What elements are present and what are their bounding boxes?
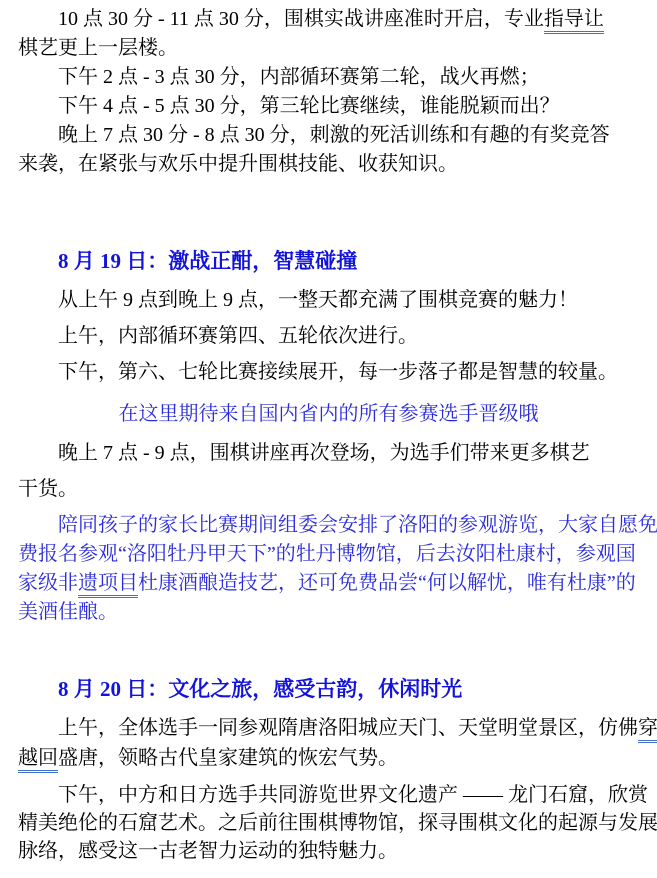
text-run: 从上午 9 点到晚上 9 点，一整天都充满了围棋竞赛的魅力！ (58, 289, 578, 311)
text-line: 干货。 (18, 471, 639, 507)
text-run: 费报名参观“洛阳牡丹甲天下”的牡丹博物馆，后去汝阳杜康村，参观国 (18, 543, 636, 565)
text-line: 上午，全体选手一同参观隋唐洛阳城应天门、天堂明堂景区，仿佛穿 (18, 713, 639, 743)
paragraph-day19-morning: 上午，内部循环赛第四、五轮依次进行。 (18, 318, 639, 354)
text-line: 8 月 20 日：文化之旅，感受古韵，休闲时光 (18, 674, 639, 704)
text-line: 棋艺更上一层楼。 (18, 34, 639, 63)
paragraph-day19-evening-lecture: 晚上 7 点 - 9 点，围棋讲座再次登场，为选手们带来更多棋艺 干货。 (18, 435, 639, 507)
text-run: 晚上 7 点 - 9 点，围棋讲座再次登场，为选手们带来更多棋艺 (58, 442, 590, 464)
text-run: 在这里期待来自国内省内的所有参赛选手晋级哦 (119, 403, 539, 425)
text-line: 晚上 7 点 30 分 - 8 点 30 分，刺激的死活训练和有趣的有奖竞答 (18, 121, 639, 150)
paragraph-day19-afternoon: 下午，第六、七轮比赛接续展开，每一步落子都是智慧的较量。 (18, 354, 639, 390)
heading-aug-20: 8 月 20 日：文化之旅，感受古韵，休闲时光 (18, 674, 639, 704)
paragraph-day19-parents-tour: 陪同孩子的家长比赛期间组委会安排了洛阳的参观游览，大家自愿免 费报名参观“洛阳牡… (18, 511, 639, 627)
paragraph-schedule-evening: 晚上 7 点 30 分 - 8 点 30 分，刺激的死活训练和有趣的有奖竞答 来… (18, 121, 639, 179)
heading-aug-19: 8 月 19 日：激战正酣，智慧碰撞 (18, 246, 639, 276)
text-line: 在这里期待来自国内省内的所有参赛选手晋级哦 (18, 396, 639, 432)
text-line: 上午，内部循环赛第四、五轮依次进行。 (18, 318, 639, 354)
text-run: 晚上 7 点 30 分 - 8 点 30 分，刺激的死活训练和有趣的有奖竞答 (58, 124, 610, 146)
text-run: 脉络，感受这一古老智力运动的独特魅力。 (18, 840, 398, 862)
paragraph-schedule-round2: 下午 2 点 - 3 点 30 分，内部循环赛第二轮，战火再燃； (18, 63, 639, 92)
paragraph-schedule-lecture: 10 点 30 分 - 11 点 30 分，围棋实战讲座准时开启，专业指导让 棋… (18, 5, 639, 63)
text-run: 陪同孩子的家长比赛期间组委会安排了洛阳的参观游览，大家自愿免 (58, 514, 657, 536)
text-run: 盛唐，领略古代皇家建筑的恢宏气势。 (58, 747, 398, 769)
text-run: 上午，全体选手一同参观隋唐洛阳城应天门、天堂明堂景区，仿佛 (58, 717, 638, 739)
text-line: 下午，第六、七轮比赛接续展开，每一步落子都是智慧的较量。 (18, 354, 639, 390)
text-line: 陪同孩子的家长比赛期间组委会安排了洛阳的参观游览，大家自愿免 (18, 511, 639, 540)
paragraph-day20-morning: 上午，全体选手一同参观隋唐洛阳城应天门、天堂明堂景区，仿佛穿 越回盛唐，领略古代… (18, 713, 639, 773)
heading-text: 8 月 20 日：文化之旅，感受古韵，休闲时光 (58, 677, 462, 701)
text-line: 来袭，在紧张与欢乐中提升围棋技能、收获知识。 (18, 150, 639, 179)
text-run: 来袭，在紧张与欢乐中提升围棋技能、收获知识。 (18, 153, 458, 175)
text-line: 从上午 9 点到晚上 9 点，一整天都充满了围棋竞赛的魅力！ (18, 282, 639, 318)
text-run: 家级非 (18, 572, 78, 594)
text-line: 10 点 30 分 - 11 点 30 分，围棋实战讲座准时开启，专业指导让 (18, 5, 639, 34)
text-run: 上午，内部循环赛第四、五轮依次进行。 (58, 325, 418, 347)
text-line: 费报名参观“洛阳牡丹甲天下”的牡丹博物馆，后去汝阳杜康村，参观国 (18, 540, 639, 569)
paragraph-day19-overview: 从上午 9 点到晚上 9 点，一整天都充满了围棋竞赛的魅力！ (18, 282, 639, 318)
text-run: 下午 2 点 - 3 点 30 分，内部循环赛第二轮，战火再燃； (58, 66, 540, 88)
document-page: 10 点 30 分 - 11 点 30 分，围棋实战讲座准时开启，专业指导让 棋… (0, 0, 657, 878)
paragraph-day19-center-note: 在这里期待来自国内省内的所有参赛选手晋级哦 (18, 396, 639, 432)
text-run: 下午 4 点 - 5 点 30 分，第三轮比赛继续，谁能脱颖而出？ (58, 95, 560, 117)
grammar-check-underline: 遗项目 (78, 572, 138, 598)
text-line: 下午 2 点 - 3 点 30 分，内部循环赛第二轮，战火再燃； (18, 63, 639, 92)
text-run: 下午，第六、七轮比赛接续展开，每一步落子都是智慧的较量。 (58, 361, 618, 383)
text-line: 下午 4 点 - 5 点 30 分，第三轮比赛继续，谁能脱颖而出？ (18, 92, 639, 121)
text-line: 脉络，感受这一古老智力运动的独特魅力。 (18, 837, 639, 865)
text-run: 干货。 (18, 478, 78, 500)
heading-text: 8 月 19 日：激战正酣，智慧碰撞 (58, 249, 357, 273)
text-line: 晚上 7 点 - 9 点，围棋讲座再次登场，为选手们带来更多棋艺 (18, 435, 639, 471)
text-line: 8 月 19 日：激战正酣，智慧碰撞 (18, 246, 639, 276)
text-line: 精美绝伦的石窟艺术。之后前往围棋博物馆，探寻围棋文化的起源与发展 (18, 809, 639, 837)
grammar-check-underline: 穿 (638, 717, 657, 743)
text-line: 美酒佳酿。 (18, 598, 639, 627)
grammar-check-underline: 越回 (18, 747, 58, 773)
paragraph-day20-afternoon: 下午，中方和日方选手共同游览世界文化遗产 —— 龙门石窟，欣赏 精美绝伦的石窟艺… (18, 781, 639, 865)
text-run: 10 点 30 分 - 11 点 30 分，围棋实战讲座准时开启，专业 (58, 8, 544, 30)
text-run: 美酒佳酿。 (18, 601, 118, 623)
paragraph-schedule-round3: 下午 4 点 - 5 点 30 分，第三轮比赛继续，谁能脱颖而出？ (18, 92, 639, 121)
text-line: 下午，中方和日方选手共同游览世界文化遗产 —— 龙门石窟，欣赏 (18, 781, 639, 809)
text-run: 精美绝伦的石窟艺术。之后前往围棋博物馆，探寻围棋文化的起源与发展 (18, 812, 657, 834)
text-run: 棋艺更上一层楼。 (18, 37, 178, 59)
text-line: 越回盛唐，领略古代皇家建筑的恢宏气势。 (18, 743, 639, 773)
grammar-check-underline: 指导让 (544, 8, 604, 34)
text-line: 家级非遗项目杜康酒酿造技艺，还可免费品尝“何以解忧，唯有杜康”的 (18, 569, 639, 598)
text-run: 下午，中方和日方选手共同游览世界文化遗产 —— 龙门石窟，欣赏 (58, 784, 648, 806)
text-run: 杜康酒酿造技艺，还可免费品尝“何以解忧，唯有杜康”的 (138, 572, 636, 594)
